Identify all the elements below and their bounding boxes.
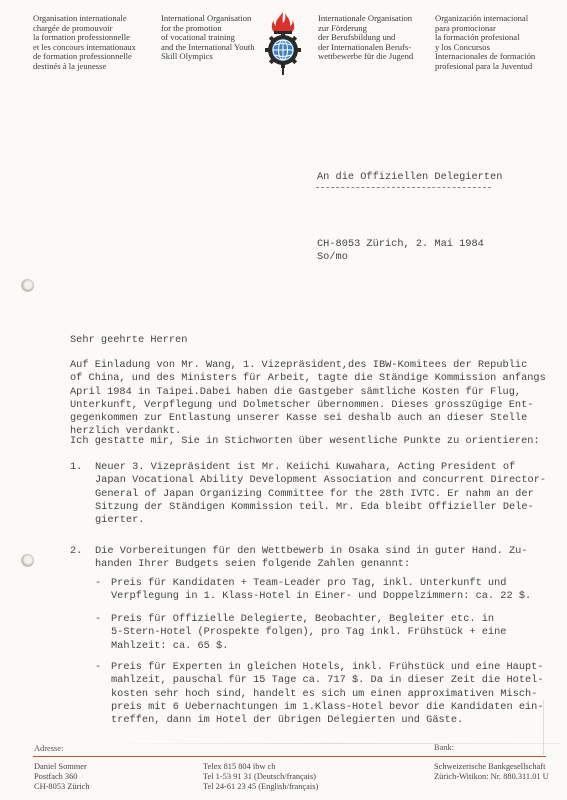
punch-hole xyxy=(21,279,34,292)
footer-rule xyxy=(33,756,546,757)
reference-initials: So/mo xyxy=(317,251,348,264)
footer-address: Daniel Sommer Postfach 360 CH-8053 Züric… xyxy=(34,762,90,791)
letterhead-french: Organisation internationale chargée de p… xyxy=(33,14,158,72)
bullet-dash: - xyxy=(95,577,101,590)
salutation: Sehr geehrte Herren xyxy=(70,334,187,347)
footer-contact: Telex 815 804 ibw ch Tel 1-53 91 31 (Deu… xyxy=(203,762,318,791)
address-label: Adresse: xyxy=(34,744,63,753)
item-text: Die Vorbereitungen für den Wettbewerb in… xyxy=(95,545,528,572)
item-number: 2. xyxy=(70,545,82,558)
letterhead-english: International Organisation for the promo… xyxy=(161,14,276,62)
item-text: Neuer 3. Vizepräsident ist Mr. Keiichi K… xyxy=(95,461,546,527)
sub-item-text: Preis für Kandidaten + Team-Leader pro T… xyxy=(111,577,531,604)
sub-item-text: Preis für Offizielle Delegierte, Beobach… xyxy=(111,613,506,653)
letterhead-german: Internationale Organisation zur Förderun… xyxy=(318,14,436,62)
punch-hole xyxy=(21,554,34,567)
recipient: An die Offiziellen Delegierten xyxy=(317,171,502,184)
footer-bank: Schweizerische Bankgesellschaft Zürich-W… xyxy=(434,762,549,782)
margin-mark xyxy=(543,700,544,755)
letterhead-spanish: Organización internacional para promocio… xyxy=(435,14,560,72)
bullet-dash: - xyxy=(95,661,101,674)
recipient-underline xyxy=(316,187,491,188)
item-number: 1. xyxy=(70,461,82,474)
place-date: CH-8053 Zürich, 2. Mai 1984 xyxy=(317,238,484,251)
sub-item-text: Preis für Experten in gleichen Hotels, i… xyxy=(111,661,544,727)
torch-gear-globe-icon xyxy=(262,10,304,76)
paper-fold xyxy=(100,743,560,744)
bullet-dash: - xyxy=(95,613,101,626)
bank-label: Bank: xyxy=(434,743,454,752)
intro-paragraph: Auf Einladung von Mr. Wang, 1. Vizepräsi… xyxy=(70,359,540,439)
lead-sentence: Ich gestatte mir, Sie in Stichworten übe… xyxy=(70,435,540,448)
